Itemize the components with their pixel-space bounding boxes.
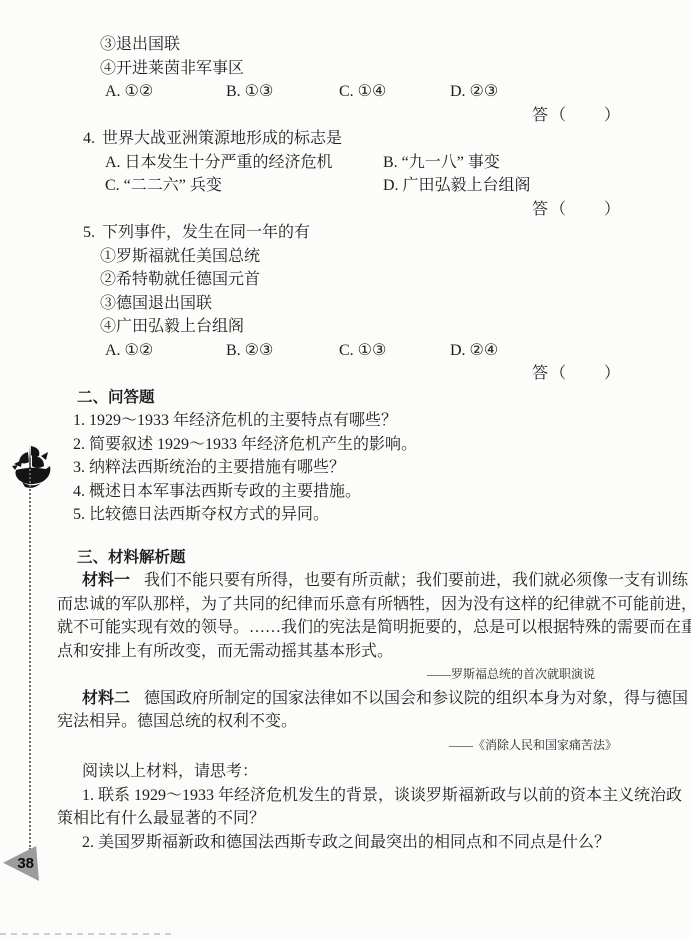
q3-item-4: ④开进莱茵非军事区 — [57, 57, 689, 81]
material1-label: 材料一 — [82, 572, 130, 589]
q4-option-c: C. “二二六” 兵变 — [105, 174, 383, 198]
section2-question-3: 3. 纳粹法西斯统治的主要措施有哪些？ — [57, 456, 689, 480]
q3-option-d: D. ②③ — [450, 80, 498, 104]
q5-option-a: A. ①② — [105, 339, 226, 363]
q3-option-c: C. ①④ — [339, 80, 450, 104]
q5-option-c: C. ①③ — [339, 339, 450, 363]
material2-source: ——《消除人民和国家痛苦法》 — [57, 734, 689, 758]
q4-option-a: A. 日本发生十分严重的经济危机 — [105, 151, 383, 175]
section3-question-2: 2. 美国罗斯福新政和德国法西斯专政之间最突出的相同点和不同点是什么？ — [57, 831, 689, 855]
q5-item-2: ②希特勒就任德国元首 — [57, 268, 689, 292]
reading-prompt: 阅读以上材料，请思考： — [57, 760, 689, 784]
material1-line-2: 而忠诚的军队那样，为了共同的纪律而乐意有所牺牲，因为没有这样的纪律就不可能前进， — [57, 593, 689, 617]
page-number-triangle: 38 — [3, 846, 39, 881]
q5-option-b: B. ②③ — [226, 339, 339, 363]
margin-dotted-line — [29, 458, 31, 850]
scanned-workbook-page: 38 ③退出国联 ④开进莱茵非军事区 A. ①②B. ①③C. ①④D. ②③ … — [0, 0, 691, 938]
material2-line-2: 宪法相异。德国总统的权利不变。 — [57, 710, 689, 734]
q4-text: 世界大战亚洲策源地形成的标志是 — [102, 130, 342, 147]
q3-option-b: B. ①③ — [226, 80, 339, 104]
material1-source: ——罗斯福总统的首次就职演说 — [57, 663, 689, 687]
q5-text: 下列事件，发生在同一年的有 — [102, 224, 310, 241]
q3-option-a: A. ①② — [105, 80, 226, 104]
material2-line-1: 材料二德国政府所制定的国家法律如不以国会和参议院的组织本身为对象，得与德国 — [57, 687, 689, 711]
section2-question-5: 5. 比较德日法西斯夺权方式的异同。 — [57, 503, 689, 527]
page-content: ③退出国联 ④开进莱茵非军事区 A. ①②B. ①③C. ①④D. ②③ 答（ … — [57, 33, 689, 854]
section2-question-1: 1. 1929～1933 年经济危机的主要特点有哪些？ — [57, 409, 689, 433]
q5-answer-blank: 答（ ） — [57, 362, 689, 386]
q4-option-d: D. 广田弘毅上台组阁 — [383, 177, 531, 194]
material1-line-1: 材料一我们不能只要有所得，也要有所贡献；我们要前进，我们就必须像一支有训练 — [57, 569, 689, 593]
q5-item-4: ④广田弘毅上台组阁 — [57, 315, 689, 339]
q4-options-row-1: A. 日本发生十分严重的经济危机B. “九一八” 事变 — [57, 151, 689, 175]
section3-heading: 三、材料解析题 — [57, 546, 689, 570]
section3-question-1-line-1: 1. 联系 1929～1933 年经济危机发生的背景，谈谈罗斯福新政与以前的资本… — [57, 784, 689, 808]
section3-question-1-line-2: 策相比有什么最显著的不同？ — [57, 807, 689, 831]
material2-label: 材料二 — [82, 690, 130, 707]
q3-options-row: A. ①②B. ①③C. ①④D. ②③ — [57, 80, 689, 104]
q3-answer-blank: 答（ ） — [57, 104, 689, 128]
section2-question-2: 2. 简要叙述 1929～1933 年经济危机产生的影响。 — [57, 433, 689, 457]
section2-heading: 二、问答题 — [57, 386, 689, 410]
q5-option-d: D. ②④ — [450, 339, 498, 363]
q4-stem: 4.世界大战亚洲策源地形成的标志是 — [57, 127, 689, 151]
material1-line-3: 就不可能实现有效的领导。……我们的宪法是简明扼要的，总是可以根据特殊的需要而在重 — [57, 616, 689, 640]
q4-option-b: B. “九一八” 事变 — [383, 154, 500, 171]
material1-line-4: 点和安排上有所改变，而无需动摇其基本形式。 — [57, 640, 689, 664]
q4-number: 4. — [83, 130, 95, 147]
q5-item-1: ①罗斯福就任美国总统 — [57, 245, 689, 269]
scan-edge-artifact — [0, 933, 175, 935]
material1-text-1: 我们不能只要有所得，也要有所贡献；我们要前进，我们就必须像一支有训练 — [144, 572, 688, 589]
ship-icon — [8, 442, 54, 494]
q5-stem: 5.下列事件，发生在同一年的有 — [57, 221, 689, 245]
q3-item-3: ③退出国联 — [57, 33, 689, 57]
q5-options-row: A. ①②B. ②③C. ①③D. ②④ — [57, 339, 689, 363]
section2-question-4: 4. 概述日本军事法西斯专政的主要措施。 — [57, 480, 689, 504]
q4-options-row-2: C. “二二六” 兵变D. 广田弘毅上台组阁 — [57, 174, 689, 198]
page-number: 38 — [17, 855, 34, 872]
q5-item-3: ③德国退出国联 — [57, 292, 689, 316]
material2-text-1: 德国政府所制定的国家法律如不以国会和参议院的组织本身为对象，得与德国 — [144, 690, 688, 707]
q4-answer-blank: 答（ ） — [57, 198, 689, 222]
q5-number: 5. — [83, 224, 95, 241]
